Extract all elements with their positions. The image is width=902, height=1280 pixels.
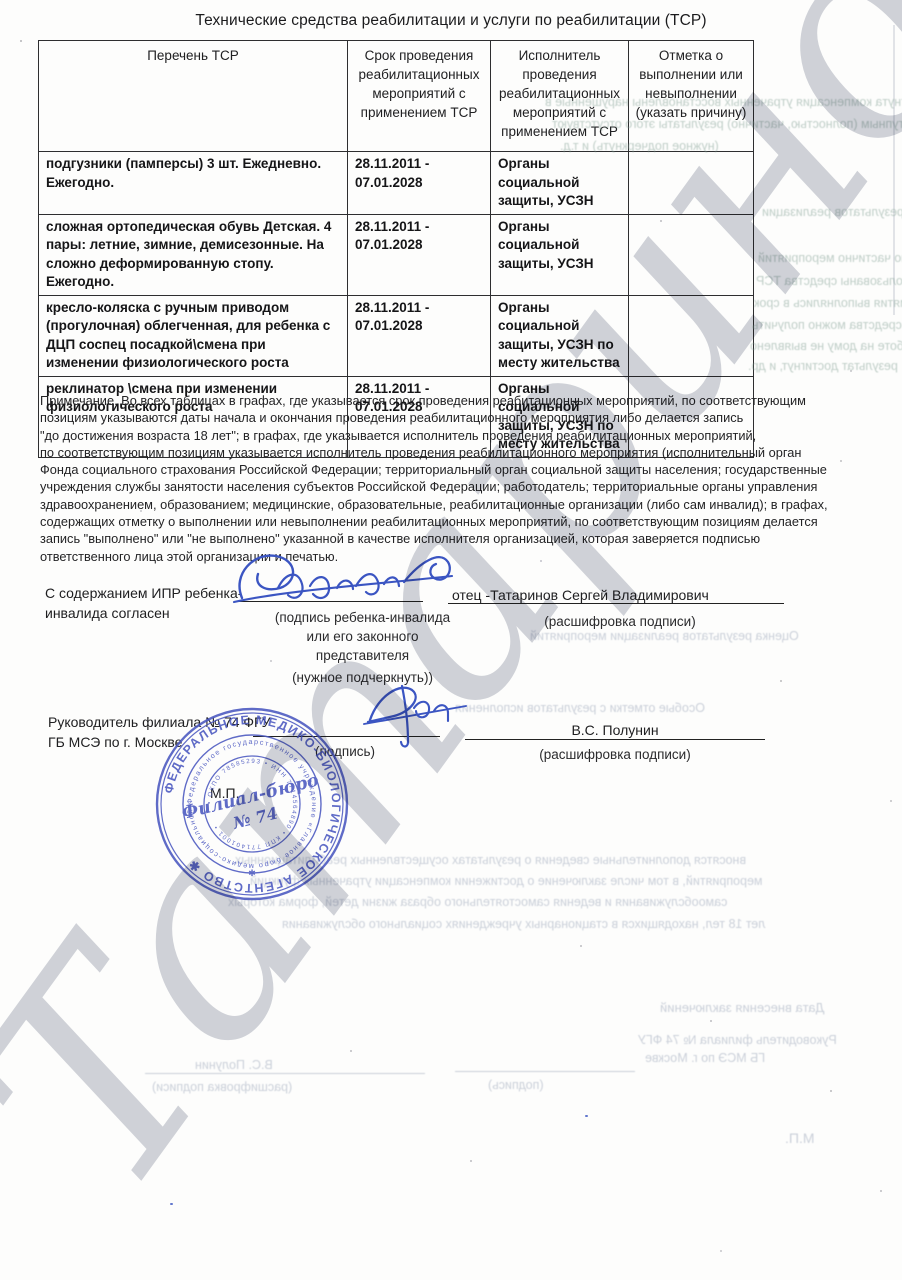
scanned-document-page: достигнута компенсация утраченных восста…: [0, 0, 902, 1280]
bleedthrough-text: лет 18 тел, находящихся в стационарных у…: [282, 916, 765, 932]
bleedthrough-text: Руководитель филиала № 74 ФГУ: [638, 1032, 837, 1048]
bleedthrough-text: использованы средства ТСР: [756, 273, 902, 289]
stamp-star: ✱: [248, 868, 256, 878]
bleedthrough-text: при работе на дому не выявлено: [750, 338, 902, 354]
bleedthrough-line: [455, 1071, 635, 1072]
bleedthrough-layer: достигнута компенсация утраченных восста…: [0, 0, 902, 1280]
bleedthrough-text: (расшифровка подписи): [152, 1079, 292, 1095]
bleedthrough-text: выполнено частично мероприятий: [758, 250, 902, 266]
bleedthrough-text: такие средства можно получить: [752, 317, 902, 333]
bleedthrough-text: (подпись): [488, 1077, 544, 1093]
parent-signature-ink: [228, 540, 468, 620]
bleedthrough-text: достигнута компенсация утраченных восста…: [545, 94, 902, 110]
head-signature-ink: [358, 672, 473, 752]
bleedthrough-text: Оценка результатов реализации: [762, 204, 902, 220]
bleedthrough-text: В.С. Полунин: [195, 1057, 273, 1073]
bleedthrough-text: Оценка результатов реализации мероприяти…: [530, 628, 799, 644]
bleedthrough-text: Особые отметки с результатов исполнения: [455, 700, 705, 716]
round-stamp: ФЕДЕРАЛЬНОЕ МЕДИКО-БИОЛОГИЧЕСКОЕ АГЕНТСТ…: [152, 704, 352, 904]
bleedthrough-text: Дата внесения заключений: [660, 1000, 824, 1016]
bleedthrough-text: М.П.: [785, 1130, 815, 1146]
bleedthrough-text: результат достигнут, и др.: [748, 358, 898, 374]
bleedthrough-text: ступным (полностью, частично) результаты…: [552, 116, 902, 132]
bleedthrough-line: [145, 1073, 425, 1074]
bleedthrough-text: мероприятия выполнялись в срок: [754, 295, 902, 311]
bleedthrough-text: ГБ МСЭ по г. Москве: [645, 1050, 765, 1066]
bleedthrough-text: (нужное подчеркнуть) и т.д.: [560, 138, 719, 154]
